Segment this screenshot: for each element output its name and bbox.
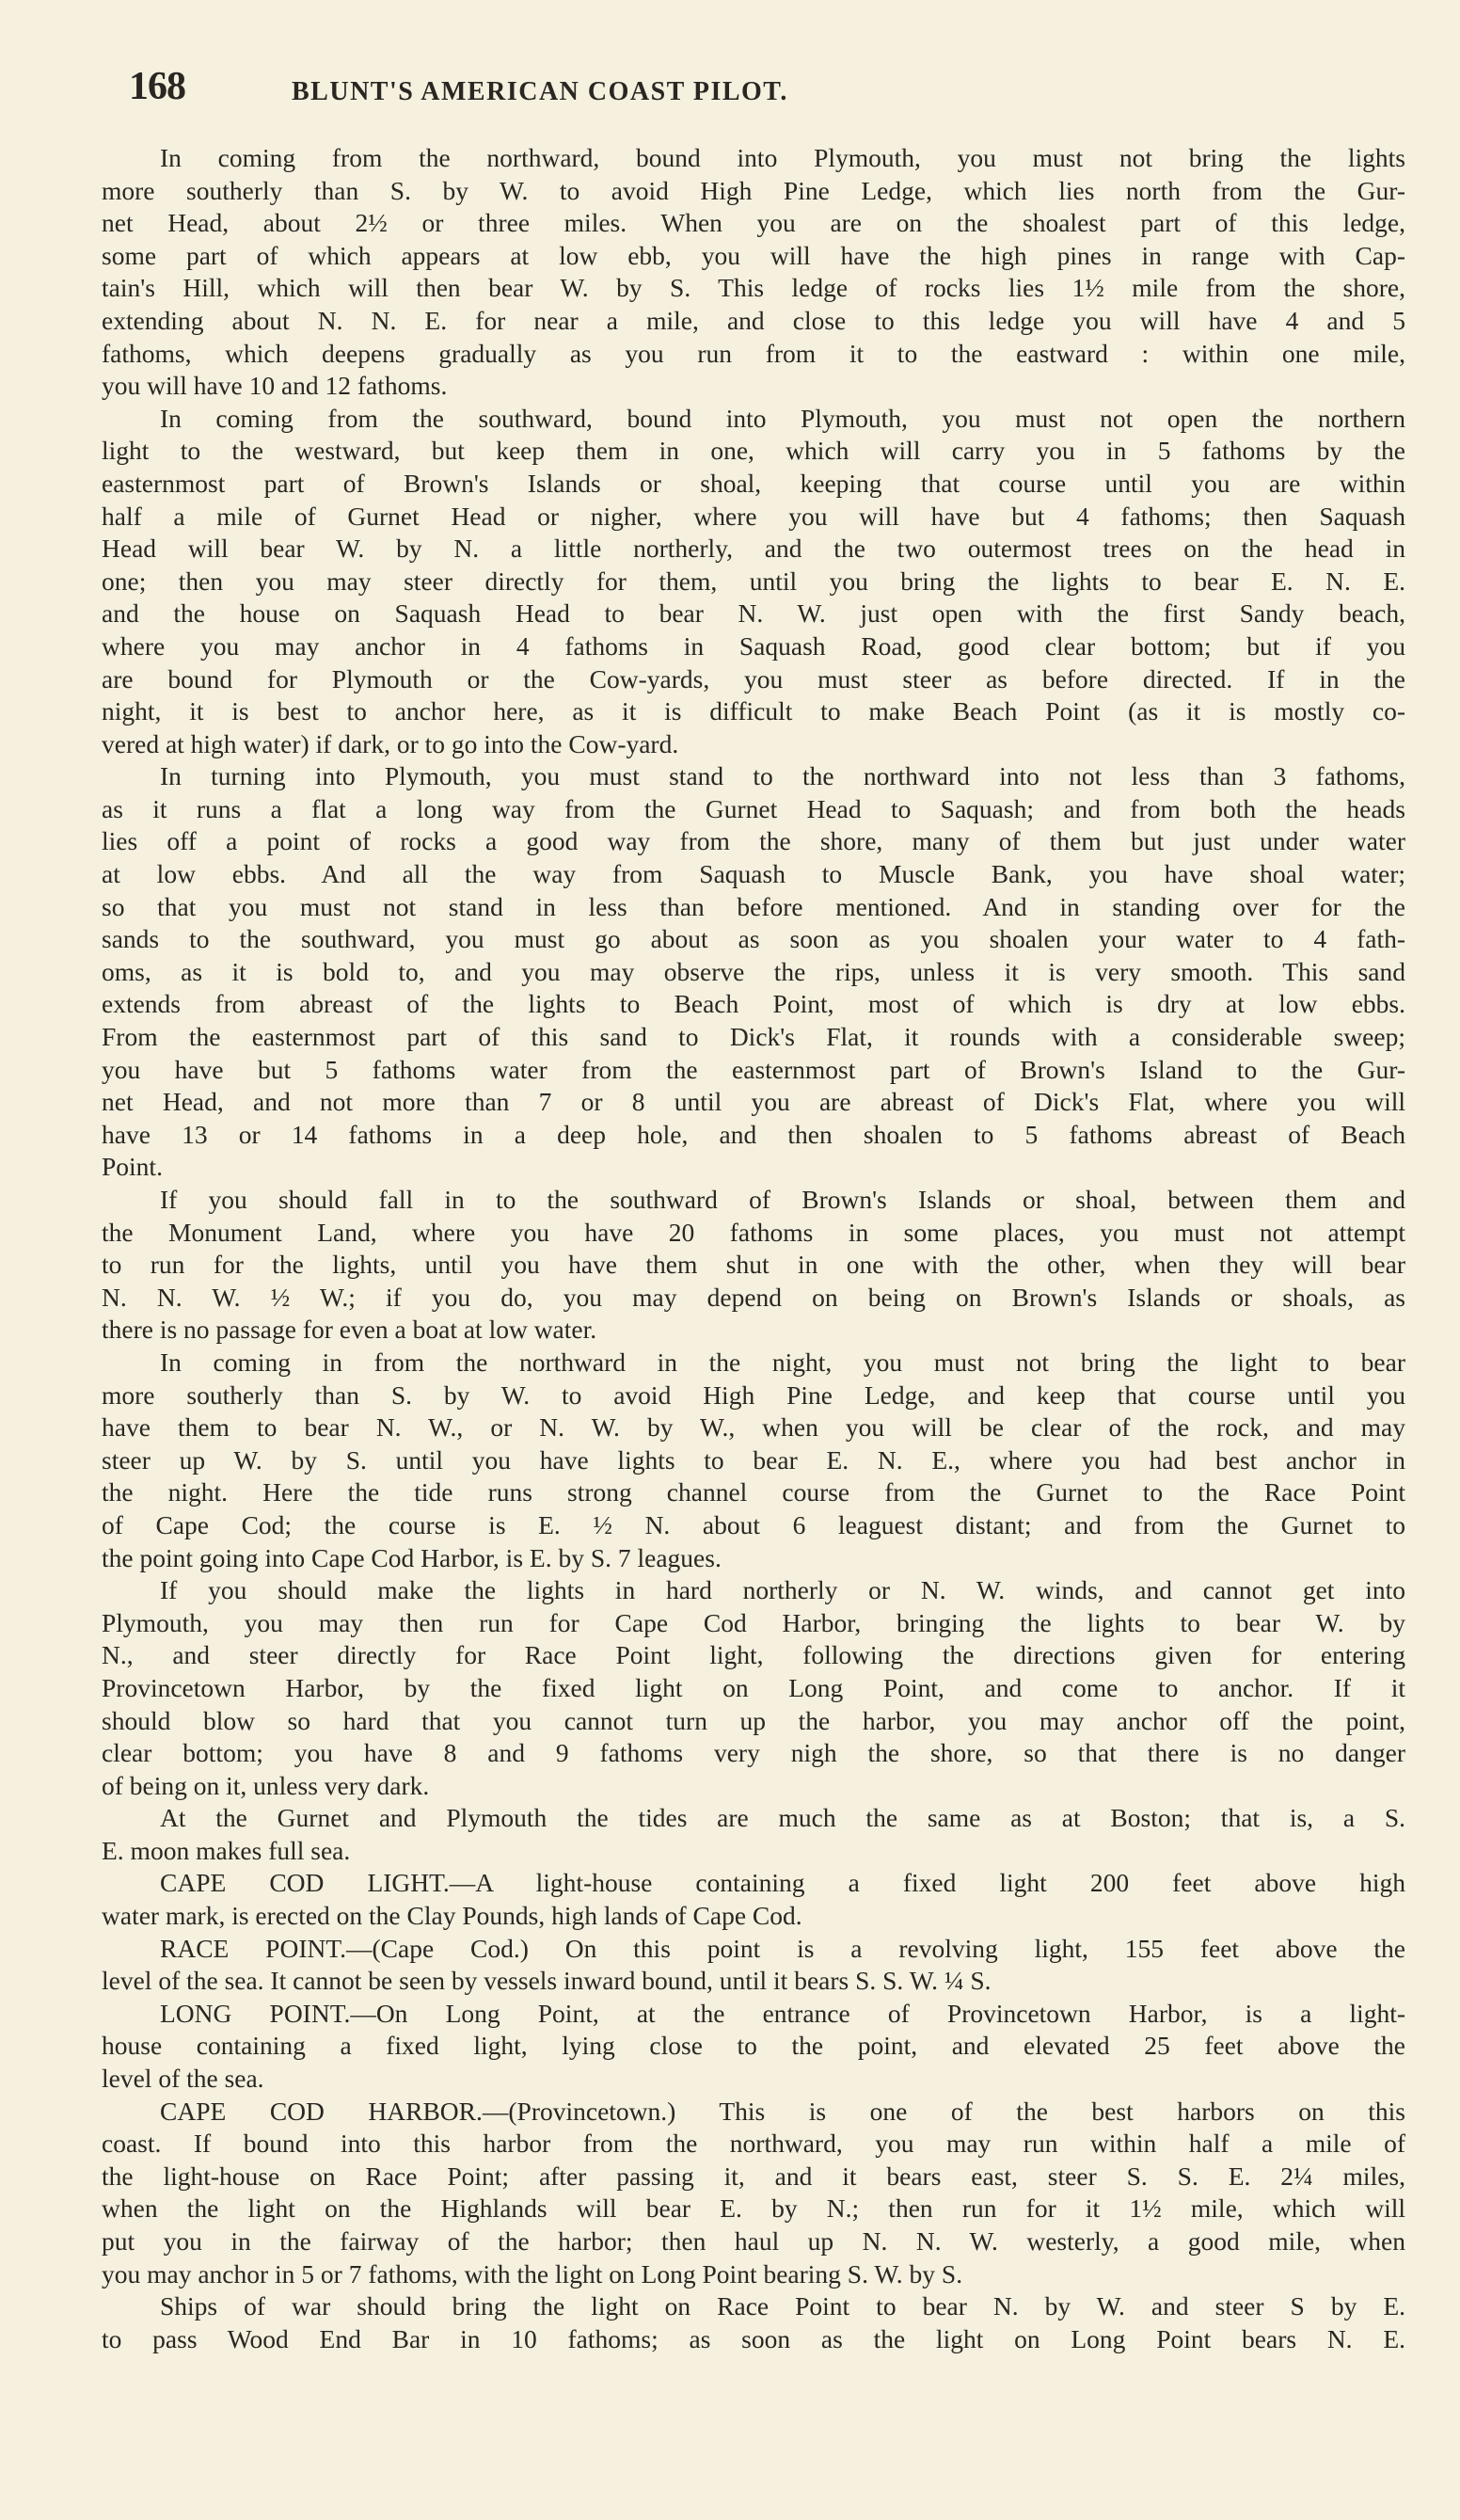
text-line: Head will bear W. by N. a little norther… xyxy=(102,533,1405,566)
paragraph: At the Gurnet and Plymouth the tides are… xyxy=(102,1802,1405,1867)
text-line: house containing a fixed light, lying cl… xyxy=(102,2030,1405,2063)
text-line: where you may anchor in 4 fathoms in Saq… xyxy=(102,630,1405,663)
text-line: extending about N. N. E. for near a mile… xyxy=(102,305,1405,338)
body-text: In coming from the northward, bound into… xyxy=(102,142,1405,2355)
text-line: you may anchor in 5 or 7 fathoms, with t… xyxy=(102,2258,1405,2291)
page-number: 168 xyxy=(129,64,185,109)
text-line: the night. Here the tide runs strong cha… xyxy=(102,1476,1405,1509)
text-line: extends from abreast of the lights to Be… xyxy=(102,988,1405,1021)
text-line: to run for the lights, until you have th… xyxy=(102,1249,1405,1282)
paragraph: In coming in from the northward in the n… xyxy=(102,1347,1405,1574)
text-line: LONG POINT.—On Long Point, at the entran… xyxy=(102,1998,1405,2031)
paragraph: In coming from the northward, bound into… xyxy=(102,142,1405,403)
paragraph: LONG POINT.—On Long Point, at the entran… xyxy=(102,1998,1405,2096)
text-line: more southerly than S. by W. to avoid Hi… xyxy=(102,1380,1405,1412)
text-line: N., and steer directly for Race Point li… xyxy=(102,1639,1405,1672)
text-line: CAPE COD HARBOR.—(Provincetown.) This is… xyxy=(102,2096,1405,2129)
text-line: to pass Wood End Bar in 10 fathoms; as s… xyxy=(102,2323,1405,2356)
paragraph: CAPE COD LIGHT.—A light-house containing… xyxy=(102,1867,1405,1932)
text-line: fathoms, which deepens gradually as you … xyxy=(102,338,1405,371)
text-line: water mark, is erected on the Clay Pound… xyxy=(102,1900,1405,1933)
text-line: If you should fall in to the southward o… xyxy=(102,1184,1405,1217)
text-line: at low ebbs. And all the way from Saquas… xyxy=(102,858,1405,891)
text-line: N. N. W. ½ W.; if you do, you may depend… xyxy=(102,1282,1405,1315)
text-line: coast. If bound into this harbor from th… xyxy=(102,2128,1405,2161)
text-line: Provincetown Harbor, by the fixed light … xyxy=(102,1672,1405,1705)
text-line: there is no passage for even a boat at l… xyxy=(102,1314,1405,1347)
text-line: Plymouth, you may then run for Cape Cod … xyxy=(102,1607,1405,1640)
text-line: of being on it, unless very dark. xyxy=(102,1770,1405,1803)
text-line: In coming from the northward, bound into… xyxy=(102,142,1405,175)
text-line: CAPE COD LIGHT.—A light-house containing… xyxy=(102,1867,1405,1900)
text-line: In coming in from the northward in the n… xyxy=(102,1347,1405,1380)
text-line: steer up W. by S. until you have lights … xyxy=(102,1444,1405,1477)
text-line: RACE POINT.—(Cape Cod.) On this point is… xyxy=(102,1933,1405,1966)
paragraph: If you should make the lights in hard no… xyxy=(102,1574,1405,1802)
paragraph: In coming from the southward, bound into… xyxy=(102,403,1405,761)
text-line: the point going into Cape Cod Harbor, is… xyxy=(102,1542,1405,1575)
text-line: level of the sea. xyxy=(102,2063,1405,2096)
text-line: sands to the southward, you must go abou… xyxy=(102,923,1405,956)
text-line: In turning into Plymouth, you must stand… xyxy=(102,760,1405,793)
text-line: and the house on Saquash Head to bear N.… xyxy=(102,598,1405,630)
text-line: From the easternmost part of this sand t… xyxy=(102,1021,1405,1054)
paragraph: RACE POINT.—(Cape Cod.) On this point is… xyxy=(102,1933,1405,1998)
text-line: If you should make the lights in hard no… xyxy=(102,1574,1405,1607)
text-line: level of the sea. It cannot be seen by v… xyxy=(102,1965,1405,1998)
paragraph: In turning into Plymouth, you must stand… xyxy=(102,760,1405,1184)
text-line: easternmost part of Brown's Islands or s… xyxy=(102,468,1405,501)
text-line: you have but 5 fathoms water from the ea… xyxy=(102,1054,1405,1087)
paragraph: Ships of war should bring the light on R… xyxy=(102,2290,1405,2355)
text-line: you will have 10 and 12 fathoms. xyxy=(102,370,1405,403)
text-line: lies off a point of rocks a good way fro… xyxy=(102,825,1405,858)
text-line: vered at high water) if dark, or to go i… xyxy=(102,728,1405,761)
text-line: Point. xyxy=(102,1151,1405,1184)
text-line: night, it is best to anchor here, as it … xyxy=(102,695,1405,728)
text-line: should blow so hard that you cannot turn… xyxy=(102,1705,1405,1738)
text-line: one; then you may steer directly for the… xyxy=(102,566,1405,598)
text-line: net Head, about 2½ or three miles. When … xyxy=(102,207,1405,240)
text-line: half a mile of Gurnet Head or nigher, wh… xyxy=(102,501,1405,534)
text-line: put you in the fairway of the harbor; th… xyxy=(102,2225,1405,2258)
text-line: In coming from the southward, bound into… xyxy=(102,403,1405,436)
text-line: more southerly than S. by W. to avoid Hi… xyxy=(102,175,1405,208)
text-line: Ships of war should bring the light on R… xyxy=(102,2290,1405,2323)
text-line: the Monument Land, where you have 20 fat… xyxy=(102,1217,1405,1250)
text-line: of Cape Cod; the course is E. ½ N. about… xyxy=(102,1509,1405,1542)
running-head: BLUNT'S AMERICAN COAST PILOT. xyxy=(292,77,1138,107)
text-line: have them to bear N. W., or N. W. by W.,… xyxy=(102,1412,1405,1444)
text-line: light to the westward, but keep them in … xyxy=(102,435,1405,468)
text-line: have 13 or 14 fathoms in a deep hole, an… xyxy=(102,1119,1405,1152)
text-line: At the Gurnet and Plymouth the tides are… xyxy=(102,1802,1405,1835)
text-line: as it runs a flat a long way from the Gu… xyxy=(102,793,1405,826)
text-line: clear bottom; you have 8 and 9 fathoms v… xyxy=(102,1737,1405,1770)
text-line: tain's Hill, which will then bear W. by … xyxy=(102,272,1405,305)
text-line: some part of which appears at low ebb, y… xyxy=(102,240,1405,273)
text-line: are bound for Plymouth or the Cow-yards,… xyxy=(102,663,1405,696)
text-line: so that you must not stand in less than … xyxy=(102,891,1405,924)
text-line: when the light on the Highlands will bea… xyxy=(102,2193,1405,2225)
text-line: net Head, and not more than 7 or 8 until… xyxy=(102,1086,1405,1119)
text-line: E. moon makes full sea. xyxy=(102,1835,1405,1868)
paragraph: If you should fall in to the southward o… xyxy=(102,1184,1405,1347)
text-line: the light-house on Race Point; after pas… xyxy=(102,2161,1405,2193)
text-line: oms, as it is bold to, and you may obser… xyxy=(102,956,1405,989)
paragraph: CAPE COD HARBOR.—(Provincetown.) This is… xyxy=(102,2096,1405,2291)
